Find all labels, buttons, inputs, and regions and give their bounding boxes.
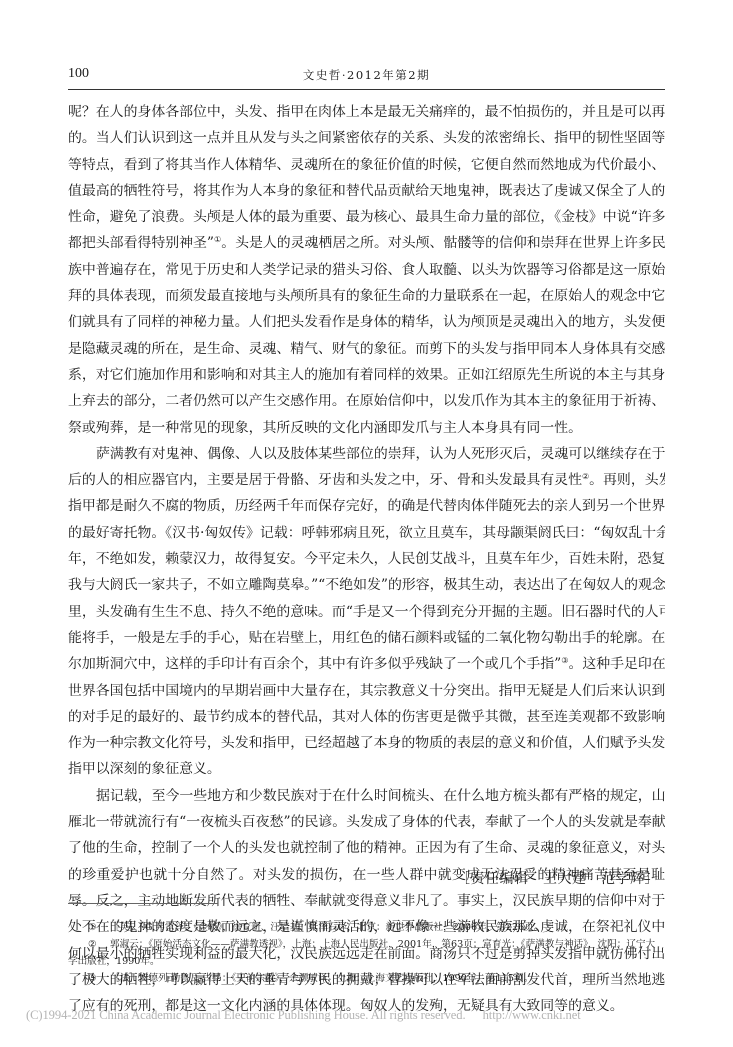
text-line: 祭或殉葬，是一种常见的现象，其所反映的文化内涵即发爪与主人本身具有同一性。 — [68, 415, 665, 441]
copyright-watermark: (C)1994-2021 China Academic Journal Elec… — [26, 1008, 581, 1023]
editor-signature: ［责任编辑 王大建 范学辉］ — [456, 868, 659, 888]
line-text: 们就具有了同样的神秘力量。人们把头发看作是身体的精华，认为颅顶是灵魂出入的地方，… — [68, 314, 665, 330]
text-line: 雁北一带就流行有“一夜梳头百夜愁”的民谚。头发成了身体的代表，奉献了一个人的头发… — [68, 809, 665, 835]
text-line: 值最高的牺牲符号，将其作为人本身的象征和替代品贡献给天地鬼神，既表达了虔诚又保全… — [68, 178, 665, 204]
text-line: 指甲以深刻的象征意义。 — [68, 756, 665, 782]
text-line: 据记载，至今一些地方和少数民族对于在什么时间梳头、在什么地方梳头都有严格的规定，… — [68, 783, 665, 809]
line-text: 系，对它们施加作用和影响和对其主人的施加有着同样的效果。正如江绍原先生所说的本主… — [68, 367, 665, 383]
line-text: 呢？在人的身体各部位中，头发、指甲在肉体上本是最无关痛痒的，最不怕损伤的，并且是… — [68, 104, 665, 120]
line-text: 作为一种宗教文化符号，头发和指甲，已经超越了本身的物质的表层的意义和价值，人们赋… — [68, 735, 665, 751]
text-line: 的最好寄托物。《汉书·匈奴传》记载：呼韩邪病且死，欲立且莫车，其母颛渠阏氏曰：“… — [68, 520, 665, 546]
line-text: 都把头部看得特别神圣” — [68, 235, 214, 251]
text-line: 尔加斯洞穴中，这样的手印计有百余个，其中有许多似乎残缺了一个或几个手指”③。这种… — [68, 651, 665, 677]
line-text: 指甲以深刻的象征意义。 — [68, 761, 221, 777]
footnote-marker: ① — [88, 919, 110, 936]
text-line: 我与大阏氏一家共子，不如立雕陶莫皋。”“不绝如发”的形容，极其生动，表达出了在匈… — [68, 572, 665, 598]
line-text: 性命，避免了浪费。头颅是人体的最为重要、最为核心、最具生命力量的部位，《金枝》中… — [68, 209, 665, 225]
footnote-item: ①［英］J.G.弗雷泽：《金枝》，徐育新、汪培基、张泽石译，北京：新世界出版社，… — [68, 919, 665, 936]
text-line: 辱。反之，主动地断发所代表的牺牲、奉献就变得意义非凡了。事实上，汉民族早期的信仰… — [68, 888, 665, 914]
line-text: 是隐藏灵魂的所在，是生命、灵魂、精气、财气的象征。而剪下的头发与指甲同本人身体具… — [68, 341, 665, 357]
text-line: 等特点，看到了将其当作人体精华、灵魂所在的象征价值的时候，它便自然而然地成为代价… — [68, 152, 665, 178]
text-line: 能将手，一般是左手的手心，贴在岩壁上，用红色的储石颜料或锰的二氧化物勾勒出手的轮… — [68, 625, 665, 651]
footnote-item: ②郭淑云：《原始活态文化——萨满教透视》，上海：上海人民出版社，2001年，第6… — [68, 936, 665, 953]
text-line: 系，对它们施加作用和影响和对其主人的施加有着同样的效果。正如江绍原先生所说的本主… — [68, 362, 665, 388]
text-line: 世界各国包括中国境内的早期岩画中大量存在，其宗教意义十分突出。指甲无疑是人们后来… — [68, 678, 665, 704]
line-text: 尔加斯洞穴中，这样的手印计有百余个，其中有许多似乎残缺了一个或几个手指” — [68, 656, 561, 672]
line-text: 拜的具体表现，而须发最直接地与头颅所具有的象征生命的力量联系在一起，在原始人的观… — [68, 288, 665, 304]
line-text: 等特点，看到了将其当作人体精华、灵魂所在的象征价值的时候，它便自然而然地成为代价… — [68, 157, 665, 173]
footnote-item: ③［法］安德列·勒鲁瓦-古昂：《史前宗教》，余灏敏译，上海：上海文艺出版社，19… — [68, 970, 665, 987]
text-line: 族中普遍存在，常见于历史和人类学记录的猎头习俗、食人取髓、以头为饮器等习俗都是这… — [68, 257, 665, 283]
line-text: 。这种手足印在 — [568, 656, 665, 672]
line-text: 据记载，至今一些地方和少数民族对于在什么时间梳头、在什么地方梳头都有严格的规定，… — [96, 788, 665, 804]
text-line: 的对手足的最好的、最节约成本的替代品，其对人体的伤害更是微乎其微，甚至连美观都不… — [68, 704, 665, 730]
footnote-text: ［法］安德列·勒鲁瓦-古昂：《史前宗教》，余灏敏译，上海：上海文艺出版社，199… — [110, 973, 533, 984]
line-text: 雁北一带就流行有“一夜梳头百夜愁”的民谚。头发成了身体的代表，奉献了一个人的头发… — [68, 814, 665, 830]
text-line: 了他的生命，控制了一个人的头发也就控制了他的精神。正因为有了生命、灵魂的象征意义… — [68, 835, 665, 861]
line-text: 世界各国包括中国境内的早期岩画中大量存在，其宗教意义十分突出。指甲无疑是人们后来… — [68, 683, 665, 699]
line-text: 萨满教有对鬼神、偶像、人以及肢体某些部位的崇拜，认为人死形灭后，灵魂可以继续存在… — [96, 446, 665, 462]
footnote-marker: ② — [88, 936, 110, 953]
line-text: 能将手，一般是左手的手心，贴在岩壁上，用红色的储石颜料或锰的二氧化物勾勒出手的轮… — [68, 630, 665, 646]
footnote-text: 郭淑云：《原始活态文化——萨满教透视》，上海：上海人民出版社，2001年，第63… — [110, 939, 655, 950]
line-text: 里，头发确有生生不息、持久不绝的意味。而“手是又一个得到充分开掘的主题。旧石器时… — [68, 604, 665, 620]
footnote-marker: ③ — [88, 970, 110, 987]
text-line: 们就具有了同样的神秘力量。人们把头发看作是身体的精华，认为颅顶是灵魂出入的地方，… — [68, 309, 665, 335]
text-line: 的。当人们认识到这一点并且从发与头之间紧密依存的关系、头发的浓密绵长、指甲的韧性… — [68, 125, 665, 151]
line-text: 。再则，头发和 — [589, 472, 665, 488]
line-text: 年，不绝如发，赖蒙汉力，故得复安。今平定未久，人民创艾战斗，且莫车年少，百姓未附… — [68, 551, 665, 567]
line-text: 的最好寄托物。《汉书·匈奴传》记载：呼韩邪病且死，欲立且莫车，其母颛渠阏氏曰：“… — [68, 525, 665, 541]
text-line: 萨满教有对鬼神、偶像、人以及肢体某些部位的崇拜，认为人死形灭后，灵魂可以继续存在… — [68, 441, 665, 467]
line-text: 了他的生命，控制了一个人的头发也就控制了他的精神。正因为有了生命、灵魂的象征意义… — [68, 840, 665, 856]
cnki-link[interactable]: http://www.cnki.net — [483, 1008, 581, 1022]
text-line: 指甲都是耐久不腐的物质，历经两千年而保存完好，的确是代替肉体伴随死去的亲人到另一… — [68, 493, 665, 519]
text-line: 年，不绝如发，赖蒙汉力，故得复安。今平定未久，人民创艾战斗，且莫车年少，百姓未附… — [68, 546, 665, 572]
text-line: 里，头发确有生生不息、持久不绝的意味。而“手是又一个得到充分开掘的主题。旧石器时… — [68, 599, 665, 625]
line-text: 辱。反之，主动地断发所代表的牺牲、奉献就变得意义非凡了。事实上，汉民族早期的信仰… — [68, 893, 665, 909]
line-text: 我与大阏氏一家共子，不如立雕陶莫皋。”“不绝如发”的形容，极其生动，表达出了在匈… — [68, 577, 665, 593]
text-line: 上弃去的部分，二者仍然可以产生交感作用。在原始信仰中，以发爪作为其本主的象征用于… — [68, 388, 665, 414]
footnote-rule — [68, 903, 218, 904]
text-line: 都把头部看得特别神圣”①。头是人的灵魂栖居之所。对头颅、骷髅等的信仰和崇拜在世界… — [68, 230, 665, 256]
line-text: 上弃去的部分，二者仍然可以产生交感作用。在原始信仰中，以发爪作为其本主的象征用于… — [68, 393, 665, 409]
text-line: 拜的具体表现，而须发最直接地与头颅所具有的象征生命的力量联系在一起，在原始人的观… — [68, 283, 665, 309]
header-rule — [68, 89, 665, 90]
text-line: 性命，避免了浪费。头颅是人体的最为重要、最为核心、最具生命力量的部位，《金枝》中… — [68, 204, 665, 230]
line-text: 祭或殉葬，是一种常见的现象，其所反映的文化内涵即发爪与主人本身具有同一性。 — [68, 420, 582, 436]
text-line: 后的人的相应器官内，主要是居于骨骼、牙齿和头发之中，牙、骨和头发最具有灵性②。再… — [68, 467, 665, 493]
line-text: 后的人的相应器官内，主要是居于骨骼、牙齿和头发之中，牙、骨和头发最具有灵性 — [68, 472, 582, 488]
text-line: 呢？在人的身体各部位中，头发、指甲在肉体上本是最无关痛痒的，最不怕损伤的，并且是… — [68, 99, 665, 125]
line-text: 的。当人们认识到这一点并且从发与头之间紧密依存的关系、头发的浓密绵长、指甲的韧性… — [68, 130, 665, 146]
text-line: 是隐藏灵魂的所在，是生命、灵魂、精气、财气的象征。而剪下的头发与指甲同本人身体具… — [68, 336, 665, 362]
text-line: 作为一种宗教文化符号，头发和指甲，已经超越了本身的物质的表层的意义和价值，人们赋… — [68, 730, 665, 756]
running-head: 文史哲·2012年第2期 — [0, 67, 733, 83]
line-text: 的对手足的最好的、最节约成本的替代品，其对人体的伤害更是微乎其微，甚至连美观都不… — [68, 709, 665, 725]
line-text: 值最高的牺牲符号，将其作为人本身的象征和替代品贡献给天地鬼神，既表达了虔诚又保全… — [68, 183, 665, 199]
footnotes: ①［英］J.G.弗雷泽：《金枝》，徐育新、汪培基、张泽石译，北京：新世界出版社，… — [68, 919, 665, 987]
copyright-text: (C)1994-2021 China Academic Journal Elec… — [26, 1008, 466, 1022]
line-text: 族中普遍存在，常见于历史和人类学记录的猎头习俗、食人取髓、以头为饮器等习俗都是这… — [68, 262, 665, 278]
line-text: 指甲都是耐久不腐的物质，历经两千年而保存完好，的确是代替肉体伴随死去的亲人到另一… — [68, 498, 665, 514]
footnote-continuation: 学出版社，1990年。 — [68, 953, 665, 970]
footnote-text: ［英］J.G.弗雷泽：《金枝》，徐育新、汪培基、张泽石译，北京：新世界出版社，2… — [110, 922, 543, 933]
line-text: 。头是人的灵魂栖居之所。对头颅、骷髅等的信仰和崇拜在世界上许多民 — [221, 235, 665, 251]
